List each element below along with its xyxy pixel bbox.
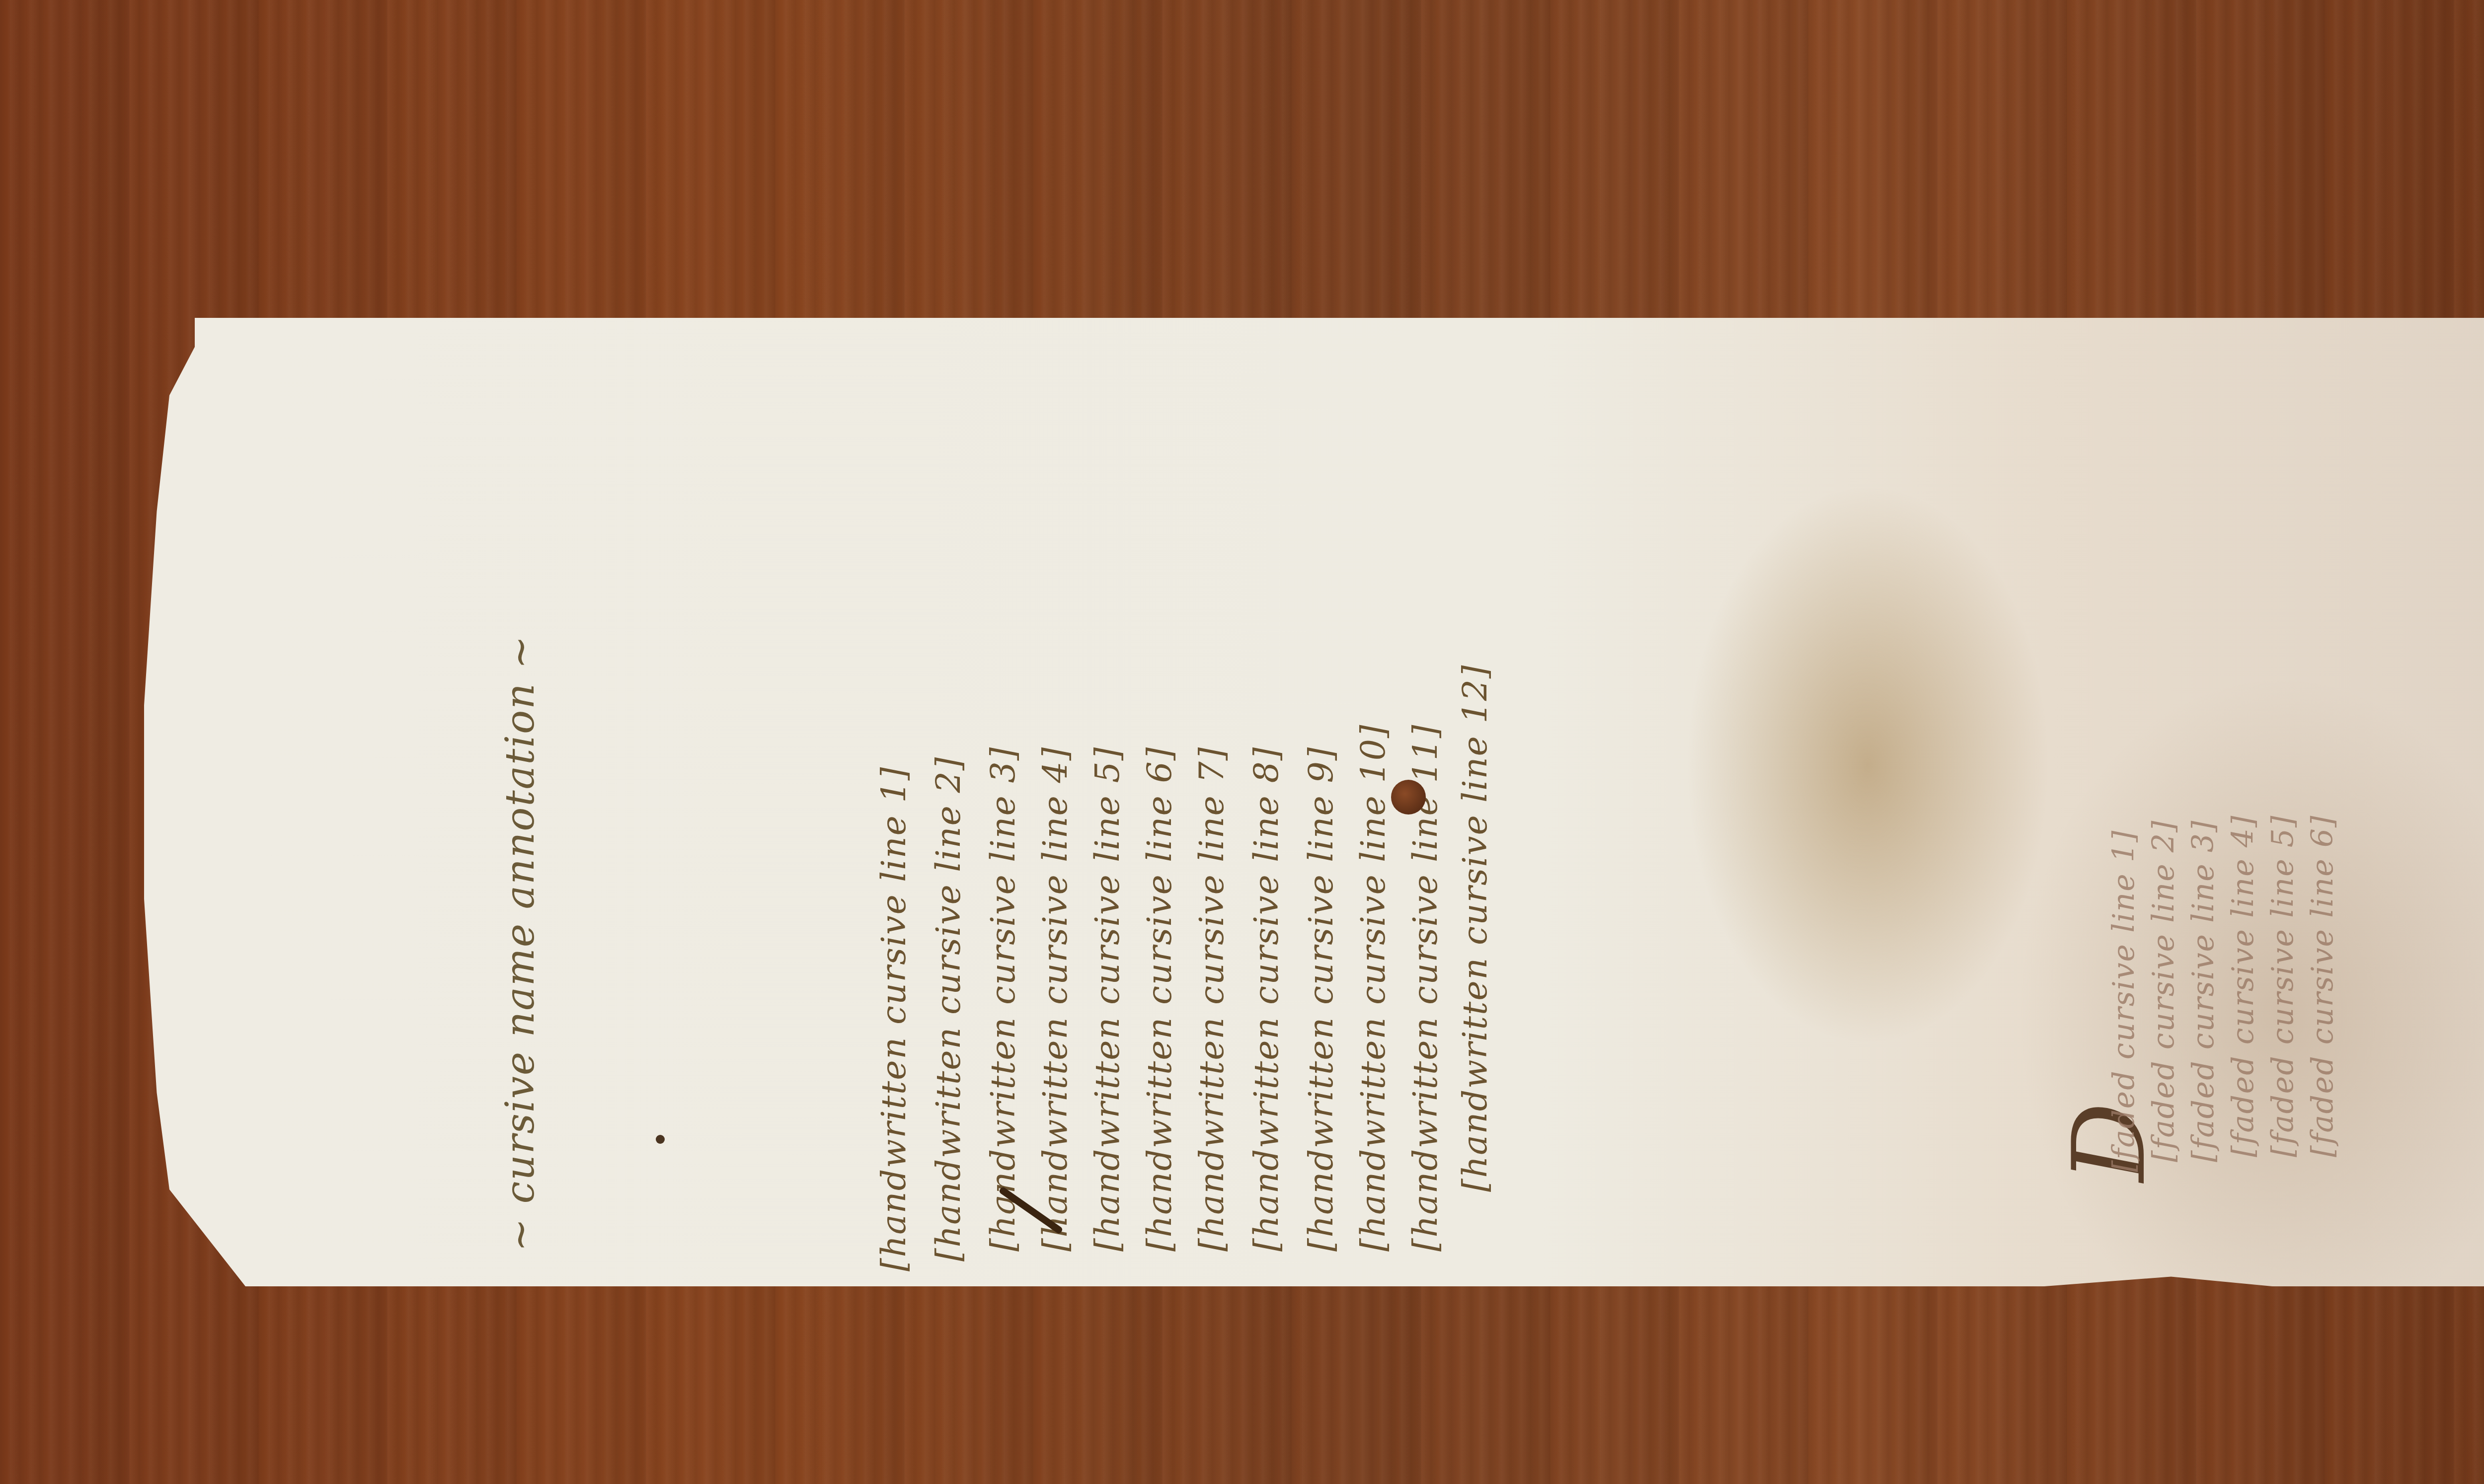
faded-line: [faded cursive line 1] xyxy=(2106,830,2141,1172)
text-line: [handwritten cursive line 1] xyxy=(874,766,914,1271)
text-line: [handwritten cursive line 12] xyxy=(1456,665,1495,1192)
faded-line: [faded cursive line 4] xyxy=(2226,815,2260,1157)
faded-line: [faded cursive line 6] xyxy=(2305,815,2340,1157)
text-line: [handwritten cursive line 5] xyxy=(1088,746,1127,1252)
text-line: [handwritten cursive line 7] xyxy=(1192,746,1232,1252)
faded-line: [faded cursive line 5] xyxy=(2265,815,2300,1157)
margin-note-line: ~ cursive name annotation ~ xyxy=(497,635,543,1252)
text-line: [handwritten cursive line 10] xyxy=(1354,724,1393,1252)
ink-dot xyxy=(656,1135,665,1144)
faded-line: [faded cursive line 2] xyxy=(2146,820,2181,1162)
text-line: [handwritten cursive line 2] xyxy=(929,756,968,1261)
text-line: [handwritten cursive line 9] xyxy=(1302,746,1341,1252)
text-line: [handwritten cursive line 8] xyxy=(1247,746,1286,1252)
paper-hole xyxy=(1391,780,1426,815)
faded-line: [faded cursive line 3] xyxy=(2186,820,2221,1162)
text-line: [handwritten cursive line 3] xyxy=(984,746,1023,1252)
text-line: [handwritten cursive line 4] xyxy=(1036,746,1075,1252)
text-line: [handwritten cursive line 6] xyxy=(1140,746,1179,1252)
